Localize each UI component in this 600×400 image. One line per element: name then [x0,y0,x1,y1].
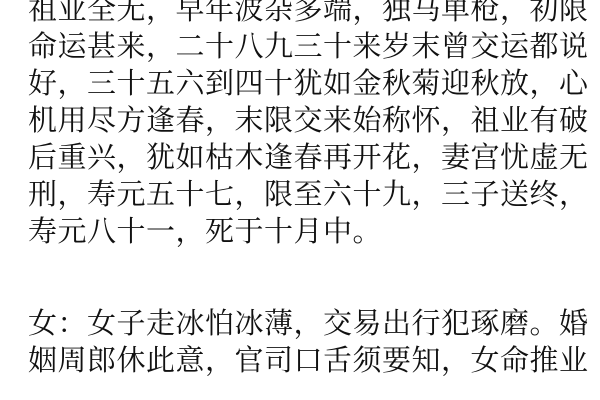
text-line: 祖业全无，早年波杂多端，独马单枪，初限 [28,0,588,28]
text-line: 刑，寿元五十七，限至六十九，三子送终， [28,176,588,213]
text-line: 好，三十五六到四十犹如金秋菊迎秋放，心 [28,65,588,102]
paragraph-male-fortune: 祖业全无，早年波杂多端，独马单枪，初限 命运甚来，二十八九三十来岁末曾交运都说 … [28,0,588,250]
text-line: 寿元八十一，死于十月中。 [28,213,588,250]
text-line: 命运甚来，二十八九三十来岁末曾交运都说 [28,28,588,65]
paragraph-spacer [28,250,588,305]
text-line: 姻周郎休此意，官司口舌须要知，女命推业 [28,342,588,379]
text-line: 机用尽方逢春，末限交来始称怀，祖业有破 [28,102,588,139]
text-line: 后重兴，犹如枯木逢春再开花，妻宫忧虚无 [28,139,588,176]
document-body: 祖业全无，早年波杂多端，独马单枪，初限 命运甚来，二十八九三十来岁末曾交运都说 … [28,0,588,379]
text-line: 女：女子走冰怕冰薄，交易出行犯琢磨。婚 [28,305,588,342]
paragraph-female-fortune: 女：女子走冰怕冰薄，交易出行犯琢磨。婚 姻周郎休此意，官司口舌须要知，女命推业 [28,305,588,379]
